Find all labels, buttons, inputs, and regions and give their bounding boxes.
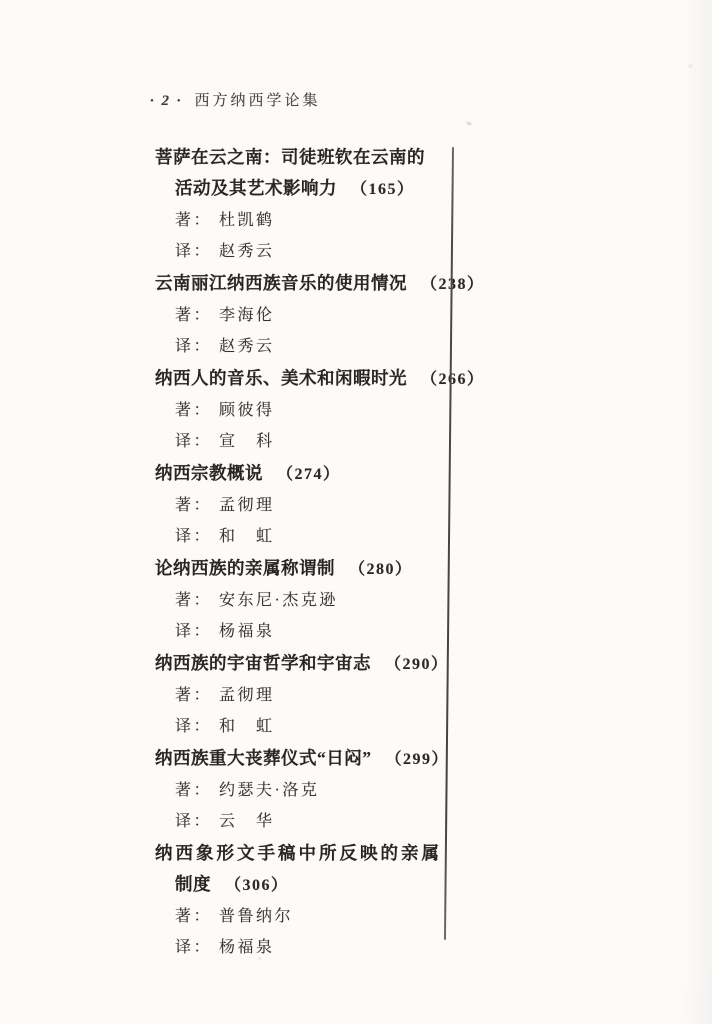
author-label: 著： bbox=[175, 307, 212, 324]
author-line: 著：孟彻理 bbox=[150, 490, 462, 521]
entry-title: 纳西族的宇宙哲学和宇宙志（290） bbox=[150, 648, 462, 680]
entry-page-number: （290） bbox=[385, 656, 449, 673]
author-line: 著：顾彼得 bbox=[150, 395, 462, 426]
author-name: 孟彻理 bbox=[219, 687, 275, 704]
toc-entry: 纳西人的音乐、美术和闲暇时光（266） 著：顾彼得 译：宣 科 bbox=[150, 363, 462, 457]
running-header: · 2 ·西方纳西学论集 bbox=[150, 90, 462, 112]
translator-line: 译：宣 科 bbox=[150, 426, 462, 457]
toc-entry: 纳西族的宇宙哲学和宇宙志（290） 著：孟彻理 译：和 虹 bbox=[150, 648, 462, 742]
entry-title: 云南丽江纳西族音乐的使用情况（238） bbox=[150, 268, 462, 300]
author-label: 著： bbox=[175, 908, 212, 925]
translator-label: 译： bbox=[175, 243, 212, 260]
toc-entry-list: 菩萨在云之南：司徒班钦在云南的 活动及其艺术影响力（165） 著：杜凯鹤 译：赵… bbox=[150, 142, 462, 963]
entry-title: 纳西人的音乐、美术和闲暇时光（266） bbox=[150, 363, 462, 395]
translator-name: 和 虹 bbox=[219, 718, 275, 735]
author-line: 著：安东尼·杰克逊 bbox=[150, 585, 462, 616]
author-name: 杜凯鹤 bbox=[219, 212, 275, 229]
entry-page-number: （266） bbox=[421, 371, 485, 388]
entry-page-number: （280） bbox=[349, 561, 413, 578]
translator-label: 译： bbox=[175, 528, 212, 545]
translator-name: 赵秀云 bbox=[219, 243, 275, 260]
author-name: 顾彼得 bbox=[219, 402, 275, 419]
entry-title: 论纳西族的亲属称谓制（280） bbox=[150, 553, 462, 585]
toc-entry: 纳西宗教概说（274） 著：孟彻理 译：和 虹 bbox=[150, 458, 462, 552]
translator-line: 译：和 虹 bbox=[150, 521, 462, 552]
entry-title-continuation: 制度（306） bbox=[150, 869, 462, 901]
toc-entry: 云南丽江纳西族音乐的使用情况（238） 著：李海伦 译：赵秀云 bbox=[150, 268, 462, 362]
toc-entry: 论纳西族的亲属称谓制（280） 著：安东尼·杰克逊 译：杨福泉 bbox=[150, 553, 462, 647]
entry-title: 菩萨在云之南：司徒班钦在云南的 bbox=[150, 142, 462, 173]
translator-line: 译：赵秀云 bbox=[150, 331, 462, 362]
page-number-marker: · 2 · bbox=[150, 93, 183, 109]
author-label: 著： bbox=[175, 212, 212, 229]
entry-title: 纳西族重大丧葬仪式“日闷”（299） bbox=[150, 743, 462, 775]
translator-name: 宣 科 bbox=[219, 433, 275, 450]
author-name: 安东尼·杰克逊 bbox=[219, 592, 338, 609]
toc-content: · 2 ·西方纳西学论集 菩萨在云之南：司徒班钦在云南的 活动及其艺术影响力（1… bbox=[150, 90, 462, 964]
translator-label: 译： bbox=[175, 338, 212, 355]
translator-line: 译：云 华 bbox=[150, 806, 462, 837]
toc-entry: 纳西族重大丧葬仪式“日闷”（299） 著：约瑟夫·洛克 译：云 华 bbox=[150, 743, 462, 837]
author-line: 著：孟彻理 bbox=[150, 680, 462, 711]
entry-page-number: （306） bbox=[225, 877, 289, 894]
entry-page-number: （238） bbox=[421, 276, 485, 293]
translator-label: 译： bbox=[175, 433, 212, 450]
translator-name: 杨福泉 bbox=[219, 939, 275, 956]
scan-speck bbox=[258, 957, 262, 960]
translator-line: 译：杨福泉 bbox=[150, 616, 462, 647]
author-label: 著： bbox=[175, 782, 212, 799]
entry-page-number: （299） bbox=[386, 751, 450, 768]
author-name: 李海伦 bbox=[219, 307, 275, 324]
entry-page-number: （274） bbox=[277, 466, 341, 483]
translator-name: 赵秀云 bbox=[219, 338, 275, 355]
scan-speck bbox=[466, 121, 473, 126]
translator-name: 杨福泉 bbox=[219, 623, 275, 640]
entry-title: 纳西宗教概说（274） bbox=[150, 458, 462, 490]
author-label: 著： bbox=[175, 402, 212, 419]
author-label: 著： bbox=[175, 592, 212, 609]
translator-label: 译： bbox=[175, 623, 212, 640]
translator-name: 和 虹 bbox=[219, 528, 275, 545]
translator-line: 译：杨福泉 bbox=[150, 932, 462, 963]
entry-title-continuation: 活动及其艺术影响力（165） bbox=[150, 173, 462, 205]
book-title: 西方纳西学论集 bbox=[195, 93, 321, 109]
translator-label: 译： bbox=[175, 939, 212, 956]
entry-page-number: （165） bbox=[351, 181, 415, 198]
translator-line: 译：和 虹 bbox=[150, 711, 462, 742]
author-label: 著： bbox=[175, 497, 212, 514]
author-name: 孟彻理 bbox=[219, 497, 275, 514]
translator-label: 译： bbox=[175, 813, 212, 830]
translator-label: 译： bbox=[175, 718, 212, 735]
toc-entry: 纳西象形文手稿中所反映的亲属 制度（306） 著：普鲁纳尔 译：杨福泉 bbox=[150, 838, 462, 963]
entry-title: 纳西象形文手稿中所反映的亲属 bbox=[150, 838, 462, 869]
toc-entry: 菩萨在云之南：司徒班钦在云南的 活动及其艺术影响力（165） 著：杜凯鹤 译：赵… bbox=[150, 142, 462, 267]
author-line: 著：杜凯鹤 bbox=[150, 205, 462, 236]
author-line: 著：李海伦 bbox=[150, 300, 462, 331]
scanned-book-page: · 2 ·西方纳西学论集 菩萨在云之南：司徒班钦在云南的 活动及其艺术影响力（1… bbox=[0, 0, 712, 1024]
translator-line: 译：赵秀云 bbox=[150, 236, 462, 267]
author-label: 著： bbox=[175, 687, 212, 704]
author-name: 普鲁纳尔 bbox=[219, 908, 293, 925]
scan-speck bbox=[688, 64, 693, 68]
author-line: 著：约瑟夫·洛克 bbox=[150, 775, 462, 806]
translator-name: 云 华 bbox=[219, 813, 275, 830]
author-line: 著：普鲁纳尔 bbox=[150, 901, 462, 932]
author-name: 约瑟夫·洛克 bbox=[219, 782, 319, 799]
